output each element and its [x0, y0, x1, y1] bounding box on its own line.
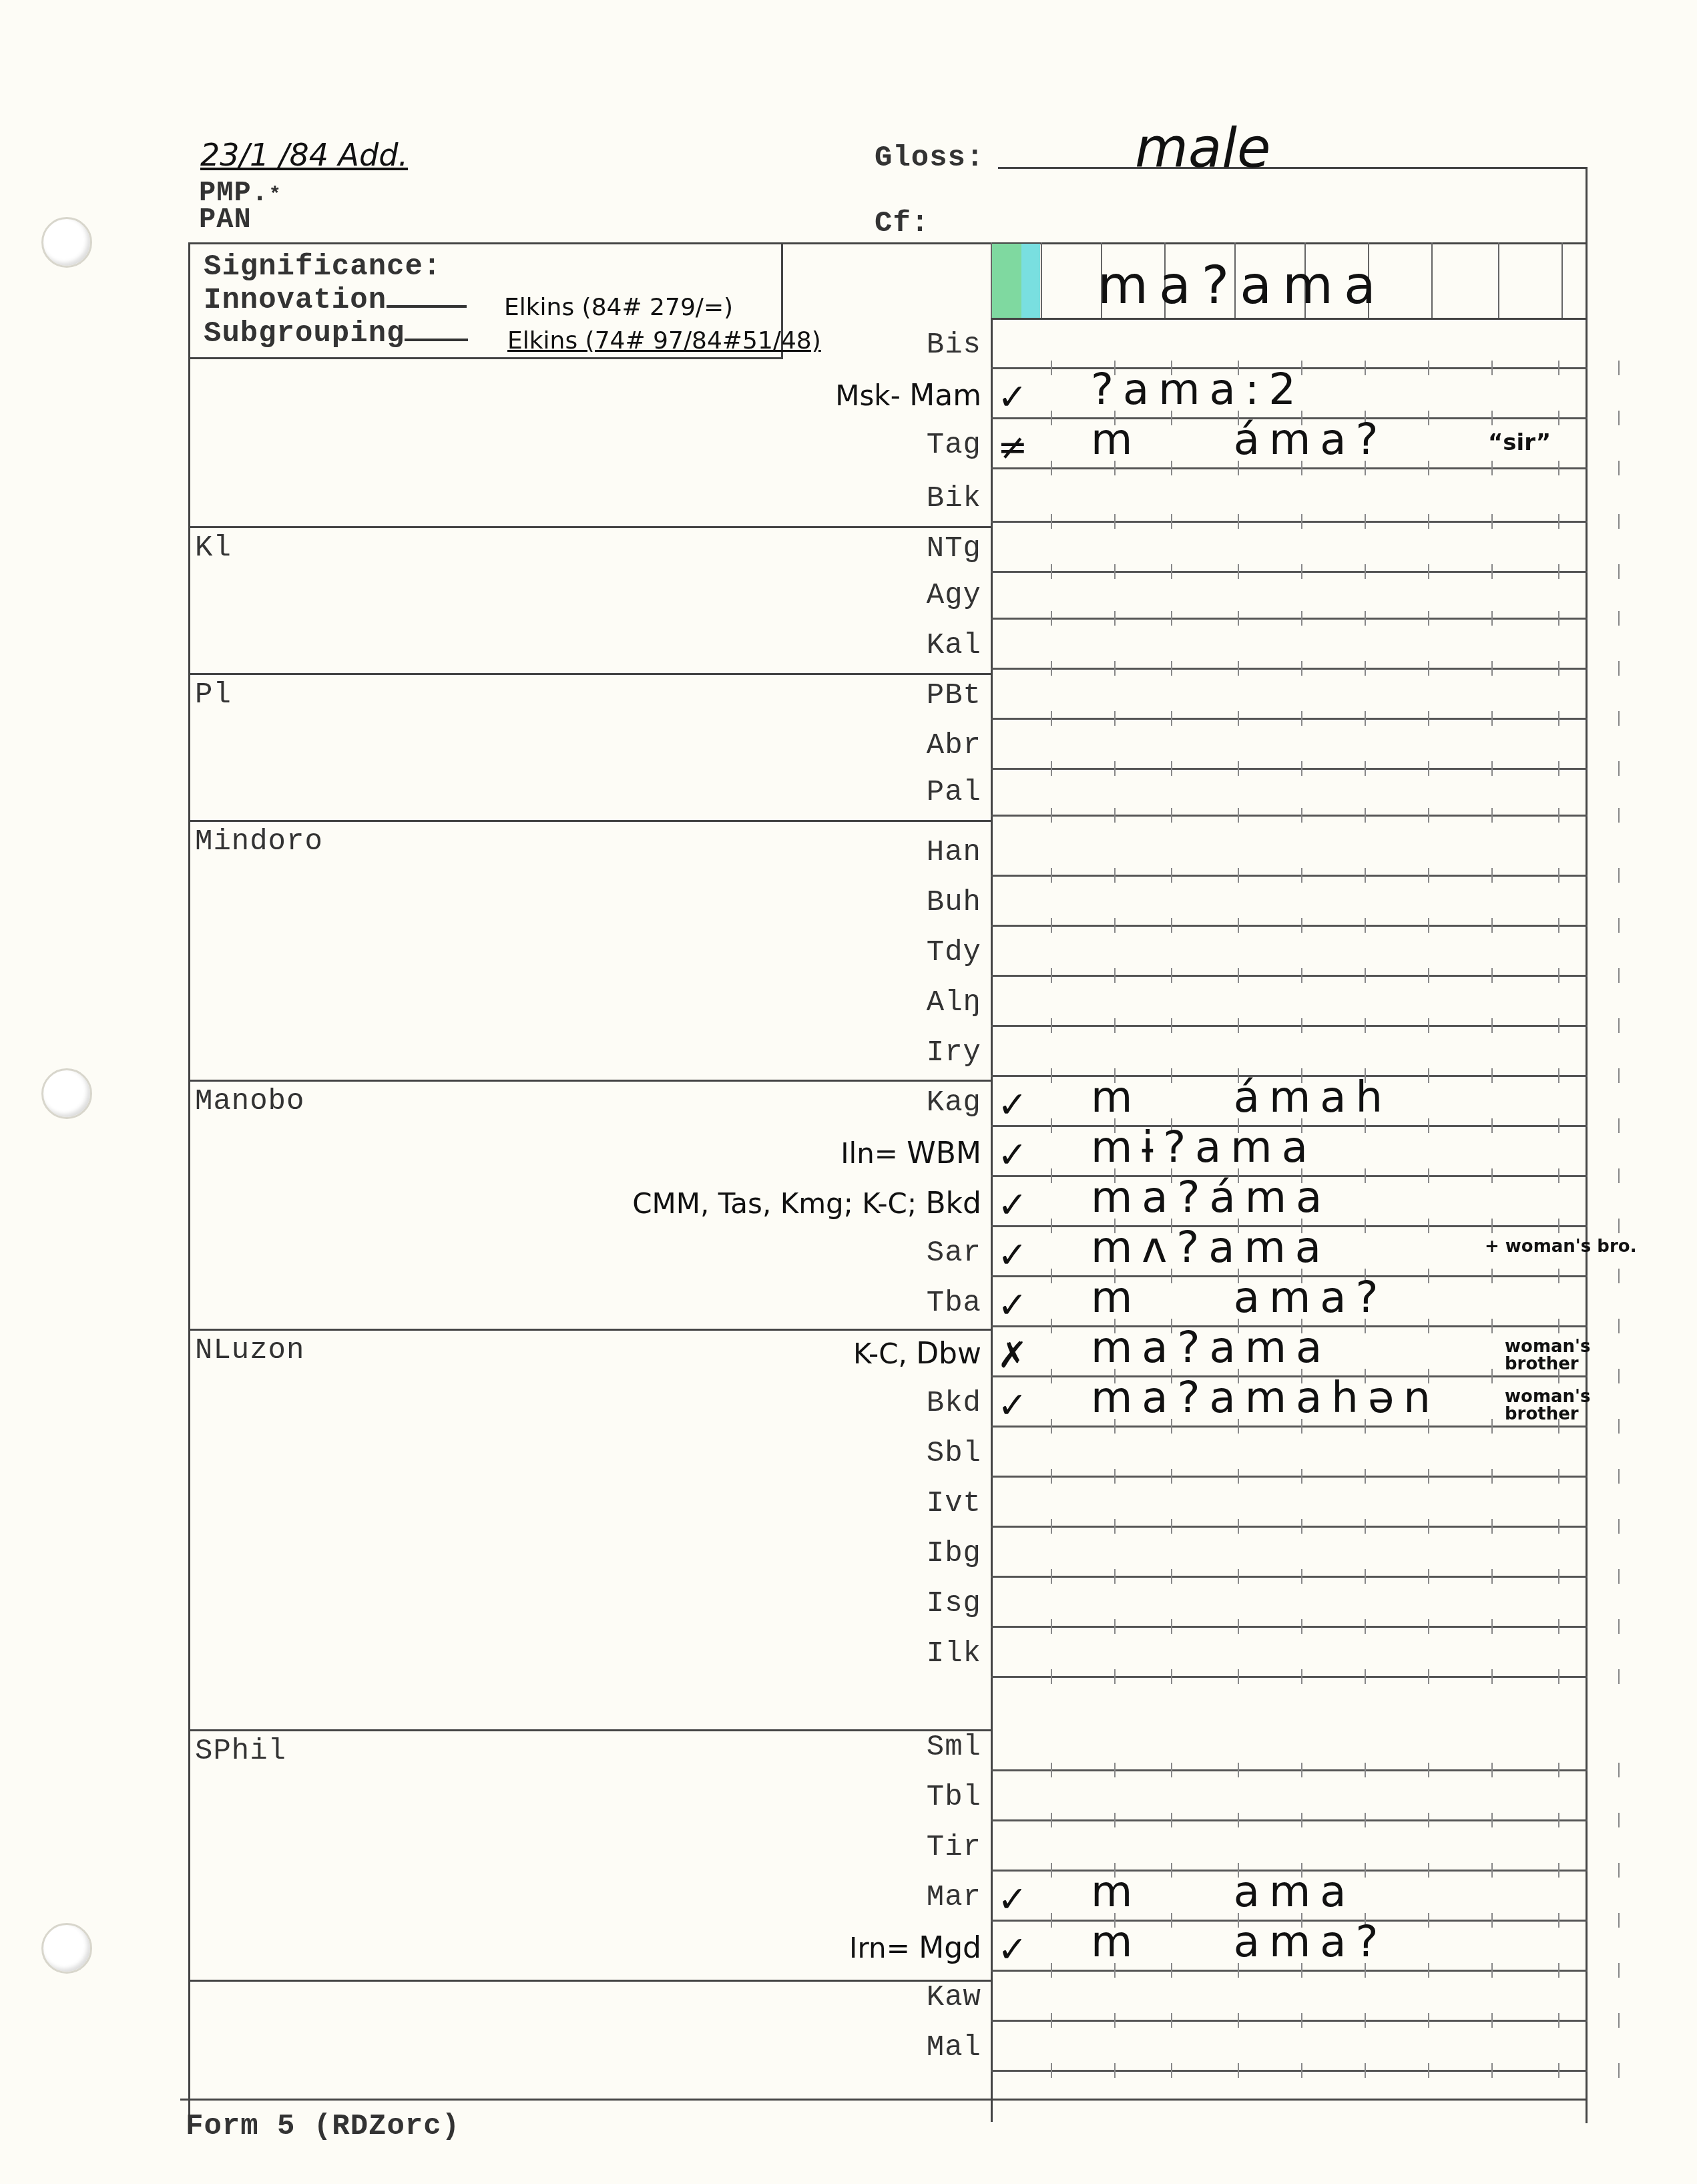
pan-label: PAN: [199, 204, 252, 236]
language-code: Dbw: [916, 1337, 981, 1371]
language-code: Pal: [927, 776, 981, 809]
cognate-check-icon: ✓: [997, 1928, 1027, 1970]
language-row-label: Buh: [180, 886, 981, 919]
grid-tick: [1428, 1319, 1429, 1333]
language-code: Tbl: [927, 1781, 981, 1814]
grid-tick: [1491, 361, 1493, 375]
grid-tick: [1428, 1813, 1429, 1827]
grid-tick: [1491, 1118, 1493, 1133]
grid-tick: [1114, 1813, 1116, 1827]
grid-tick: [1365, 2013, 1366, 2028]
grid-tick: [1051, 2063, 1052, 2078]
language-row-label: Mar: [180, 1881, 981, 1914]
grid-tick: [1491, 1913, 1493, 1928]
group-divider: [188, 673, 993, 675]
reconstruction-cell-divider: [1431, 242, 1433, 320]
grid-tick: [1238, 868, 1239, 883]
language-row-label: Tba: [180, 1287, 981, 1320]
grid-tick: [1428, 918, 1429, 933]
grid-tick: [1558, 2063, 1559, 2078]
grid-tick: [1558, 1219, 1559, 1233]
cf-label: Cf:: [875, 207, 929, 240]
grid-tick: [1618, 2013, 1620, 2028]
grid-tick: [1491, 1863, 1493, 1878]
grid-tick: [1428, 968, 1429, 983]
grid-tick: [1558, 514, 1559, 529]
grid-tick: [1428, 1963, 1429, 1978]
language-code: Abr: [927, 729, 981, 762]
gloss-note: woman's brother: [1505, 1338, 1578, 1373]
grid-tick: [1238, 1763, 1239, 1777]
grid-tick: [1491, 1469, 1493, 1484]
grid-tick: [1051, 918, 1052, 933]
grid-tick: [1051, 868, 1052, 883]
language-row-label: Iry: [180, 1036, 981, 1070]
grid-tick: [1051, 1168, 1052, 1183]
grid-tick: [1491, 918, 1493, 933]
language-row-label: Bkd: [180, 1387, 981, 1420]
grid-tick: [1558, 1669, 1559, 1684]
grid-tick: [1238, 918, 1239, 933]
group-divider: [188, 526, 993, 528]
language-code: Buh: [927, 886, 981, 919]
language-alias: CMM, Tas, Kmg; K-C;: [632, 1187, 925, 1220]
innovation-text: Innovation: [204, 284, 387, 317]
binder-hole-bottom: [41, 1923, 92, 1974]
grid-tick: [1238, 2063, 1239, 2078]
grid-tick: [1428, 611, 1429, 626]
language-row-label: Sbl: [180, 1437, 981, 1470]
gloss-note: + woman's bro.: [1485, 1238, 1697, 1255]
reconstruction-cell-divider: [1561, 242, 1563, 320]
grid-tick: [1558, 968, 1559, 983]
grid-tick: [1558, 661, 1559, 676]
binder-hole-middle: [41, 1068, 92, 1119]
grid-tick: [1301, 808, 1302, 823]
group-name: Pl: [195, 678, 232, 712]
grid-tick: [1051, 808, 1052, 823]
cognate-form: mɨ?ama: [1091, 1123, 1317, 1172]
grid-tick: [1428, 461, 1429, 475]
cognate-check-icon: ✓: [997, 1284, 1027, 1326]
reconstruction-cell-divider: [1498, 242, 1499, 320]
grid-tick: [1491, 1018, 1493, 1033]
grid-tick: [1428, 1519, 1429, 1534]
language-code: Sml: [927, 1731, 981, 1764]
grid-tick: [1301, 1763, 1302, 1777]
grid-tick: [1618, 1669, 1620, 1684]
group-name: Mindoro: [195, 825, 323, 859]
grid-tick: [1558, 1269, 1559, 1283]
grid-tick: [1171, 918, 1172, 933]
language-row-label: Kaw: [180, 1981, 981, 2014]
grid-tick: [1618, 514, 1620, 529]
grid-row-line: [991, 1476, 1588, 1478]
grid-tick: [1618, 1569, 1620, 1584]
grid-tick: [1618, 1813, 1620, 1827]
grid-tick: [1618, 1863, 1620, 1878]
grid-tick: [1238, 514, 1239, 529]
grid-tick: [1428, 564, 1429, 579]
grid-tick: [1051, 611, 1052, 626]
grid-tick: [1491, 808, 1493, 823]
grid-tick: [1491, 514, 1493, 529]
grid-tick: [1491, 1319, 1493, 1333]
grid-tick: [1491, 1269, 1493, 1283]
grid-tick: [1051, 1619, 1052, 1634]
language-row-label: Isg: [180, 1587, 981, 1620]
grid-tick: [1301, 2013, 1302, 2028]
grid-left-line: [991, 242, 993, 2122]
grid-tick: [1171, 1619, 1172, 1634]
grid-tick: [1365, 1519, 1366, 1534]
grid-tick: [1301, 564, 1302, 579]
group-divider: [188, 1329, 993, 1331]
grid-tick: [1491, 564, 1493, 579]
language-code: Sbl: [927, 1437, 981, 1470]
grid-tick: [1171, 808, 1172, 823]
cognate-check-icon: ≠: [997, 426, 1027, 468]
cognate-check-icon: ✓: [997, 1134, 1027, 1176]
grid-tick: [1618, 1118, 1620, 1133]
language-code: Bkd: [925, 1186, 981, 1221]
grid-tick: [1428, 2063, 1429, 2078]
innovation-note: Elkins (84# 279/=): [504, 294, 733, 321]
grid-tick: [1301, 1519, 1302, 1534]
grid-tick: [1114, 808, 1116, 823]
grid-tick: [1051, 1269, 1052, 1283]
language-row-label: Ilk: [180, 1637, 981, 1671]
language-code: Bik: [927, 482, 981, 515]
grid-row-line: [991, 571, 1588, 573]
grid-row-line: [991, 975, 1588, 977]
grid-tick: [1365, 711, 1366, 726]
gloss-note: woman's brother: [1505, 1388, 1578, 1423]
grid-tick: [1491, 761, 1493, 776]
cognate-form: m ámah: [1091, 1073, 1392, 1122]
grid-tick: [1558, 411, 1559, 425]
language-code: Bis: [927, 329, 981, 362]
reconstruction-form: ma?ama: [1098, 256, 1387, 316]
grid-tick: [1171, 2013, 1172, 2028]
grid-tick: [1301, 1669, 1302, 1684]
reconstruction-cell-divider: [991, 242, 992, 320]
group-divider: [188, 1080, 993, 1082]
grid-row-line: [991, 1769, 1588, 1771]
cognate-check-icon: ✓: [997, 1184, 1027, 1226]
grid-tick: [1051, 1813, 1052, 1827]
grid-tick: [1114, 711, 1116, 726]
grid-tick: [1238, 1569, 1239, 1584]
group-name: NLuzon: [195, 1334, 304, 1367]
grid-tick: [1051, 1669, 1052, 1684]
grid-tick: [1365, 1018, 1366, 1033]
grid-tick: [1618, 1913, 1620, 1928]
language-code: WBM: [907, 1136, 981, 1170]
grid-tick: [1558, 2013, 1559, 2028]
grid-tick: [1301, 611, 1302, 626]
grid-tick: [1171, 514, 1172, 529]
grid-tick: [1618, 1269, 1620, 1283]
grid-tick: [1171, 1813, 1172, 1827]
grid-tick: [1558, 1813, 1559, 1827]
grid-tick: [1491, 1569, 1493, 1584]
grid-tick: [1171, 2063, 1172, 2078]
grid-tick: [1618, 1319, 1620, 1333]
cognate-form: ma?áma: [1091, 1173, 1331, 1223]
grid-tick: [1238, 661, 1239, 676]
language-code: Mam: [909, 379, 981, 413]
grid-tick: [1114, 868, 1116, 883]
grid-tick: [1114, 918, 1116, 933]
grid-tick: [1171, 868, 1172, 883]
grid-tick: [1428, 808, 1429, 823]
group-divider: [188, 1980, 993, 1982]
cognate-form: ?ama:2: [1091, 365, 1305, 415]
language-code: Ilk: [927, 1637, 981, 1671]
grid-row-line: [991, 467, 1588, 469]
grid-tick: [1365, 968, 1366, 983]
grid-tick: [1428, 1913, 1429, 1928]
language-row-label: CMM, Tas, Kmg; K-C; Bkd: [180, 1186, 981, 1221]
group-name: SPhil: [195, 1735, 286, 1768]
grid-tick: [1428, 1569, 1429, 1584]
grid-tick: [1365, 1813, 1366, 1827]
grid-tick: [1618, 968, 1620, 983]
grid-tick: [1238, 968, 1239, 983]
grid-row-line: [991, 925, 1588, 927]
grid-tick: [1114, 2063, 1116, 2078]
grid-tick: [1301, 1018, 1302, 1033]
grid-tick: [1171, 1469, 1172, 1484]
grid-tick: [1238, 711, 1239, 726]
grid-tick: [1238, 761, 1239, 776]
grid-row-line: [991, 1426, 1588, 1428]
cognate-form: m ama?: [1091, 1273, 1387, 1323]
grid-tick: [1051, 1018, 1052, 1033]
grid-tick: [1365, 361, 1366, 375]
grid-tick: [1114, 564, 1116, 579]
grid-tick: [1618, 361, 1620, 375]
cognate-form: ma?amahən: [1091, 1373, 1440, 1423]
grid-tick: [1051, 1068, 1052, 1083]
grid-row-line: [991, 768, 1588, 770]
cognate-check-icon: ✓: [997, 1084, 1027, 1126]
grid-tick: [1238, 1619, 1239, 1634]
grid-tick: [1491, 711, 1493, 726]
grid-tick: [1051, 1118, 1052, 1133]
language-alias: K-C,: [853, 1337, 916, 1370]
language-alias: Iln=: [840, 1137, 907, 1170]
grid-tick: [1301, 1813, 1302, 1827]
language-row-label: Tdy: [180, 936, 981, 969]
grid-tick: [1171, 611, 1172, 626]
grid-tick: [1301, 968, 1302, 983]
grid-tick: [1428, 761, 1429, 776]
grid-tick: [1114, 1569, 1116, 1584]
grid-tick: [1301, 1569, 1302, 1584]
language-row-label: Sml: [180, 1731, 981, 1764]
grid-tick: [1301, 2063, 1302, 2078]
grid-tick: [1238, 1469, 1239, 1484]
cognate-form: m ama: [1091, 1868, 1356, 1917]
grid-tick: [1051, 1963, 1052, 1978]
grid-row-line: [991, 1025, 1588, 1027]
innovation-label: Innovation: [204, 284, 467, 317]
grid-tick: [1238, 808, 1239, 823]
language-row-label: Tir: [180, 1831, 981, 1864]
language-code: Tba: [927, 1287, 981, 1320]
grid-tick: [1558, 1519, 1559, 1534]
grid-tick: [1558, 761, 1559, 776]
grid-tick: [1428, 1469, 1429, 1484]
grid-tick: [1618, 1018, 1620, 1033]
grid-tick: [1618, 711, 1620, 726]
language-row-label: Irn= Mgd: [180, 1931, 981, 1965]
grid-tick: [1171, 968, 1172, 983]
language-code: Ibg: [927, 1537, 981, 1570]
grid-tick: [1365, 1863, 1366, 1878]
language-code: Bkd: [927, 1387, 981, 1420]
grid-tick: [1558, 1619, 1559, 1634]
grid-tick: [1491, 1763, 1493, 1777]
language-code: Kag: [927, 1086, 981, 1120]
grid-tick: [1365, 1763, 1366, 1777]
grid-tick: [1051, 564, 1052, 579]
language-row-label: Bis: [180, 329, 981, 362]
grid-row-line: [991, 668, 1588, 670]
form-label: Form 5 (RDZorc): [186, 2110, 460, 2143]
language-code: Tir: [927, 1831, 981, 1864]
grid-tick: [1558, 1913, 1559, 1928]
cognate-check-icon: ✓: [997, 376, 1027, 418]
language-code: Han: [927, 836, 981, 869]
grid-tick: [1558, 808, 1559, 823]
grid-tick: [1238, 1813, 1239, 1827]
cognate-check-icon: ✓: [997, 1878, 1027, 1920]
grid-tick: [1491, 1963, 1493, 1978]
reconstruction-row: ma?ama: [991, 242, 1588, 320]
language-row-label: Abr: [180, 729, 981, 762]
grid-tick: [1171, 564, 1172, 579]
grid-tick: [1365, 661, 1366, 676]
grid-tick: [1558, 1469, 1559, 1484]
language-alias: Irn=: [849, 1932, 919, 1964]
grid-tick: [1428, 661, 1429, 676]
language-code: Kaw: [927, 1981, 981, 2014]
grid-tick: [1114, 1619, 1116, 1634]
grid-row-line: [991, 1970, 1588, 1972]
grid-tick: [1238, 1669, 1239, 1684]
cognate-check-icon: ✓: [997, 1384, 1027, 1426]
language-code: Iry: [927, 1036, 981, 1070]
grid-tick: [1114, 1763, 1116, 1777]
grid-tick: [1238, 1519, 1239, 1534]
grid-tick: [1114, 514, 1116, 529]
grid-tick: [1618, 1219, 1620, 1233]
gloss-note: “sir”: [1488, 434, 1561, 451]
language-code: Ivt: [927, 1487, 981, 1520]
grid-tick: [1114, 1519, 1116, 1534]
grid-tick: [1171, 1018, 1172, 1033]
grid-tick: [1238, 2013, 1239, 2028]
grid-tick: [1618, 808, 1620, 823]
language-row-label: Sar: [180, 1237, 981, 1270]
grid-tick: [1051, 1419, 1052, 1434]
language-code: Mal: [927, 2031, 981, 2064]
grid-tick: [1618, 1519, 1620, 1534]
gloss-field[interactable]: [998, 167, 1586, 169]
language-code: Agy: [927, 579, 981, 612]
cognate-form: m áma?: [1091, 415, 1387, 465]
grid-tick: [1428, 1269, 1429, 1283]
grid-tick: [1051, 1319, 1052, 1333]
grid-tick: [1491, 611, 1493, 626]
grid-tick: [1428, 868, 1429, 883]
grid-row-line: [991, 521, 1588, 523]
grid-tick: [1491, 2013, 1493, 2028]
grid-tick: [1365, 808, 1366, 823]
frame-bottom-line: [180, 2099, 1588, 2101]
language-code: Sar: [927, 1237, 981, 1270]
grid-tick: [1051, 1519, 1052, 1534]
language-code: Tag: [927, 429, 981, 462]
language-row-label: Agy: [180, 579, 981, 612]
grid-tick: [1051, 2013, 1052, 2028]
language-code: Mgd: [919, 1931, 981, 1965]
grid-tick: [1558, 1118, 1559, 1133]
grid-row-line: [991, 815, 1588, 817]
grid-tick: [1171, 661, 1172, 676]
grid-tick: [1428, 1863, 1429, 1878]
grid-tick: [1491, 461, 1493, 475]
grid-tick: [1558, 1168, 1559, 1183]
grid-tick: [1618, 1763, 1620, 1777]
grid-tick: [1558, 1319, 1559, 1333]
grid-tick: [1558, 1863, 1559, 1878]
grid-tick: [1558, 868, 1559, 883]
grid-tick: [1428, 411, 1429, 425]
pmp-marker: *: [269, 184, 282, 207]
grid-tick: [1428, 1669, 1429, 1684]
grid-tick: [1365, 611, 1366, 626]
grid-tick: [1114, 1469, 1116, 1484]
grid-tick: [1301, 661, 1302, 676]
grid-tick: [1618, 611, 1620, 626]
grid-tick: [1365, 761, 1366, 776]
group-divider: [188, 820, 993, 822]
grid-tick: [1618, 461, 1620, 475]
grid-tick: [1114, 1669, 1116, 1684]
grid-tick: [1051, 1863, 1052, 1878]
language-row-label: PBt: [180, 679, 981, 712]
language-row-label: Tag: [180, 429, 981, 462]
grid-tick: [1558, 461, 1559, 475]
grid-tick: [1558, 1018, 1559, 1033]
grid-tick: [1558, 1569, 1559, 1584]
highlight-green: [992, 244, 1023, 318]
grid-row-line: [991, 1526, 1588, 1528]
date-note: 23/1 /84 Add.: [200, 137, 408, 173]
group-name: Manobo: [195, 1085, 304, 1118]
language-code: Kal: [927, 629, 981, 662]
language-code: Isg: [927, 1587, 981, 1620]
language-row-label: Pal: [180, 776, 981, 809]
grid-tick: [1171, 1569, 1172, 1584]
grid-tick: [1238, 611, 1239, 626]
grid-tick: [1114, 2013, 1116, 2028]
grid-tick: [1491, 1369, 1493, 1383]
